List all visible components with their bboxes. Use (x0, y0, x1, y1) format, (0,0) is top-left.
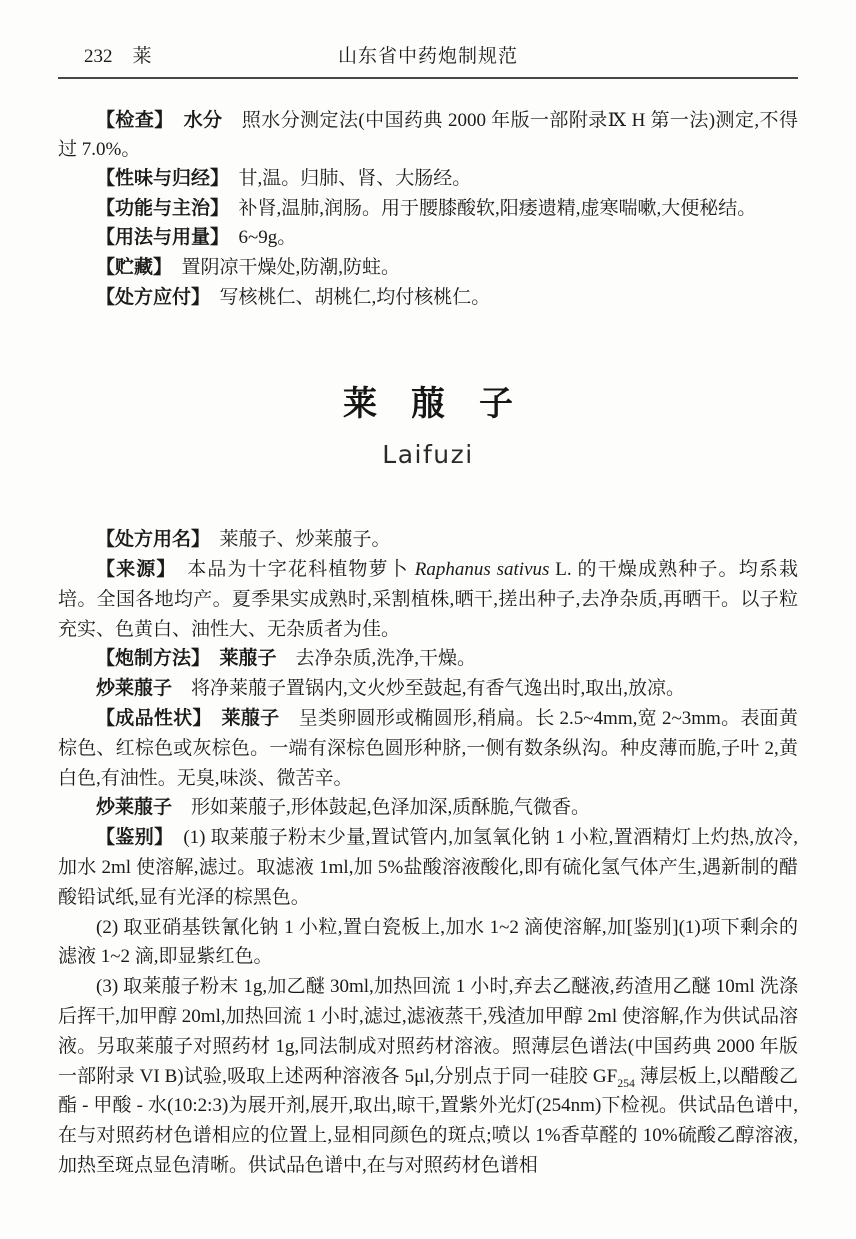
bold-run: 炒莱菔子 (96, 677, 172, 699)
text-run: 形如莱菔子,形体鼓起,色泽加深,质酥脆,气微香。 (172, 797, 590, 818)
entry-title-block: 莱 菔 子 Laifuzi (0, 376, 856, 469)
paragraph: 【来源】 本品为十字花科植物萝卜 Raphanus sativus L. 的干燥… (58, 555, 798, 644)
bold-run: 【处方应付】 (96, 286, 201, 308)
latin-name-run: Raphanus sativus (415, 559, 550, 580)
paragraph: (3) 取莱菔子粉末 1g,加乙醚 30ml,加热回流 1 小时,弃去乙醚液,药… (58, 972, 798, 1181)
entry-title-chinese: 莱 菔 子 (0, 376, 856, 425)
book-title: 山东省中药炮制规范 (338, 41, 518, 68)
paragraph: 炒莱菔子 将净莱菔子置锅内,文火炒至鼓起,有香气逸出时,取出,放凉。 (58, 674, 798, 704)
paragraph: 【处方应付】 写核桃仁、胡桃仁,均付核桃仁。 (58, 283, 798, 313)
bold-run: 【性味与归经】 (96, 167, 220, 189)
text-run (201, 648, 220, 669)
paragraph: (2) 取亚硝基铁氰化钠 1 小粒,置白瓷板上,加水 1~2 滴使溶解,加[鉴别… (58, 913, 798, 973)
bold-run: 莱菔子 (222, 707, 280, 729)
bold-run: 【检查】 (96, 109, 164, 131)
text-run: 254 (617, 1076, 635, 1089)
paragraph: 【处方用名】 莱菔子、炒莱菔子。 (58, 525, 798, 555)
bold-run: 【来源】 (96, 558, 167, 580)
text-run: 将净莱菔子置锅内,文火炒至鼓起,有香气逸出时,取出,放凉。 (172, 678, 685, 699)
entry-paragraphs: 【处方用名】 莱菔子、炒莱菔子。【来源】 本品为十字花科植物萝卜 Raphanu… (58, 525, 798, 1181)
entry-title-pinyin: Laifuzi (0, 440, 856, 469)
paragraph: 【炮制方法】 莱菔子 去净杂质,洗净,干燥。 (58, 644, 798, 674)
bold-run: 水分 (184, 109, 223, 131)
bold-run: 炒莱菔子 (96, 796, 172, 818)
paragraph: 【用法与用量】 6~9g。 (58, 223, 798, 253)
bold-run: 【炮制方法】 (96, 647, 201, 669)
text-run (202, 708, 221, 729)
text-run: 6~9g。 (220, 227, 297, 248)
bold-run: 【贮藏】 (96, 256, 163, 278)
header-left: 232 莱 (84, 41, 152, 68)
paragraph: 【贮藏】 置阴凉干燥处,防潮,防蛀。 (58, 253, 798, 283)
bold-run: 【用法与用量】 (96, 226, 220, 248)
bold-run: 【功能与主治】 (96, 197, 220, 219)
document-page: 232 莱 山东省中药炮制规范 【检查】 水分 照水分测定法(中国药典 2000… (0, 0, 856, 1239)
text-run (164, 110, 183, 131)
text-run: (2) 取亚硝基铁氰化钠 1 小粒,置白瓷板上,加水 1~2 滴使溶解,加[鉴别… (58, 917, 798, 968)
section-index-char: 莱 (133, 41, 152, 68)
paragraph: 炒莱菔子 形如莱菔子,形体鼓起,色泽加深,质酥脆,气微香。 (58, 793, 798, 823)
paragraph: 【功能与主治】 补肾,温肺,润肠。用于腰膝酸软,阳痿遗精,虚寒喘嗽,大便秘结。 (58, 194, 798, 224)
paragraph: 【检查】 水分 照水分测定法(中国药典 2000 年版一部附录Ⅸ H 第一法)测… (58, 106, 798, 164)
bold-run: 莱菔子 (220, 647, 277, 669)
paragraph: 【鉴别】 (1) 取莱菔子粉末少量,置试管内,加氢氧化钠 1 小粒,置酒精灯上灼… (58, 823, 798, 912)
text-run: 去净杂质,洗净,干燥。 (277, 648, 477, 669)
text-run: 莱菔子、炒莱菔子。 (201, 529, 391, 550)
text-run: 甘,温。归肺、肾、大肠经。 (220, 168, 472, 189)
text-run: 置阴凉干燥处,防潮,防蛀。 (163, 257, 401, 278)
paragraph: 【性味与归经】 甘,温。归肺、肾、大肠经。 (58, 164, 798, 194)
paragraph: 【成品性状】 莱菔子 呈类卵圆形或椭圆形,稍扁。长 2.5~4mm,宽 2~3m… (58, 704, 798, 793)
bold-run: 【处方用名】 (96, 528, 201, 550)
text-run: 写核桃仁、胡桃仁,均付核桃仁。 (201, 287, 491, 308)
page-header: 232 莱 山东省中药炮制规范 (58, 0, 798, 79)
page-number: 232 (84, 46, 113, 68)
text-run: (1) 取莱菔子粉末少量,置试管内,加氢氧化钠 1 小粒,置酒精灯上灼热,放冷,… (58, 827, 798, 908)
text-run: 补肾,温肺,润肠。用于腰膝酸软,阳痿遗精,虚寒喘嗽,大便秘结。 (220, 198, 757, 219)
bold-run: 【成品性状】 (96, 707, 202, 729)
text-run: 本品为十字花科植物萝卜 (167, 559, 415, 580)
previous-entry-paragraphs: 【检查】 水分 照水分测定法(中国药典 2000 年版一部附录Ⅸ H 第一法)测… (58, 79, 798, 312)
bold-run: 【鉴别】 (96, 826, 164, 848)
